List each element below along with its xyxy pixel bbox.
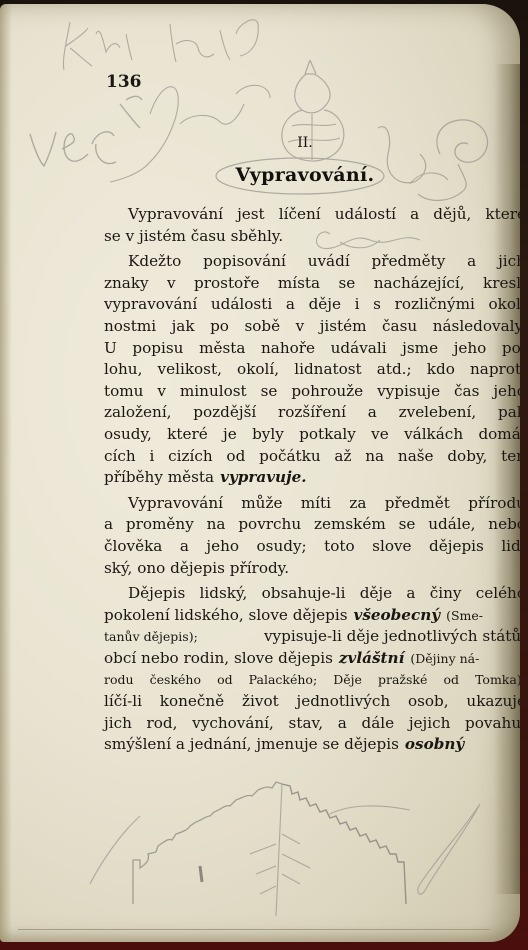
text-line: člověkaajehoosudy;totoslovedějepislid-	[104, 536, 520, 558]
text-line: rodučeskéhoodPalackého;DějepražskéodTomk…	[104, 669, 520, 691]
text-line: tanův dějepis); vypisuje-li děje jednotl…	[104, 626, 520, 648]
text-line: lohu,velikost,okolí,lidnatostatd.;kdonap…	[104, 359, 520, 381]
text-run: obcí nebo rodin, slove dějepis	[104, 648, 333, 670]
text-run: tanův dějepis);	[104, 626, 198, 648]
page-number: 136	[106, 72, 142, 92]
text-line: líčí-likonečněživotjednotlivýchosob,ukaz…	[104, 691, 520, 713]
book-page: 136 II. Vypravování. Vypravováníjestlíče…	[0, 4, 520, 942]
chapter-title: Vypravování.	[0, 164, 520, 186]
emphasized-term: vypravuje.	[220, 467, 306, 489]
text-line: Dějepislidský,obsahuje-lidějeačinycelého	[104, 583, 520, 605]
text-line: se v jistém času sběhly.	[104, 226, 520, 248]
text-run: příběhy města	[104, 467, 214, 489]
text-line: osudy,kteréjebylypotkalyveválkáchdomá-	[104, 424, 520, 446]
text-line: smýšlení a jednání, jmenuje se dějepis o…	[104, 734, 520, 756]
text-line: aproměnynapovrchuzemskémseudále,nebo	[104, 514, 520, 536]
text-line: Upopisuměstanahořeudávalijsmejehopo-	[104, 338, 520, 360]
text-run: pokolení lidského, slove dějepis	[104, 605, 348, 627]
text-line: Vypravovánímůžemítizapředmětpřírodu	[104, 493, 520, 515]
text-line: ský, ono dějepis přírody.	[104, 558, 520, 580]
text-line: jichrod,vychování,stav,adálejejichpovahu…	[104, 713, 520, 735]
page-bottom-edge	[18, 929, 490, 930]
text-line: znakyvprostořemístasenacházející,kreslí	[104, 273, 520, 295]
text-line: Kdežtopopisováníuvádípředmětyajich	[104, 251, 520, 273]
text-line: tomuvminulostsepohrouževypisuječasjeho	[104, 381, 520, 403]
text-run: (Dějiny ná-	[410, 648, 479, 670]
text-run: (Sme-	[446, 605, 483, 627]
text-line: cíchicizíchodpočátkuažnanašedoby,ten	[104, 446, 520, 468]
text-line: příběhy města vypravuje.	[104, 467, 520, 489]
emphasized-term: osobný	[405, 734, 464, 756]
text-line: nostmijakposoběvjistémčasunásledovaly.	[104, 316, 520, 338]
chapter-number: II.	[0, 135, 520, 151]
text-line: Vypravováníjestlíčeníudálostíadějů,které	[104, 204, 520, 226]
emphasized-term: zvláštní	[339, 648, 404, 670]
text-line: obcí nebo rodin, slove dějepis zvláštní …	[104, 648, 520, 670]
text-line: založení,pozdějšírozšířeníazvelebení,pak	[104, 402, 520, 424]
text-line: pokolení lidského, slove dějepis všeobec…	[104, 605, 520, 627]
text-run: vypisuje-li děje jednotlivých států,	[264, 626, 520, 648]
body-text: Vypravováníjestlíčeníudálostíadějů,které…	[104, 204, 520, 756]
text-line: vypravováníudálostiadějeisrozličnýmiokol…	[104, 294, 520, 316]
emphasized-term: všeobecný	[354, 605, 441, 627]
text-run: smýšlení a jednání, jmenuje se dějepis	[104, 734, 399, 756]
